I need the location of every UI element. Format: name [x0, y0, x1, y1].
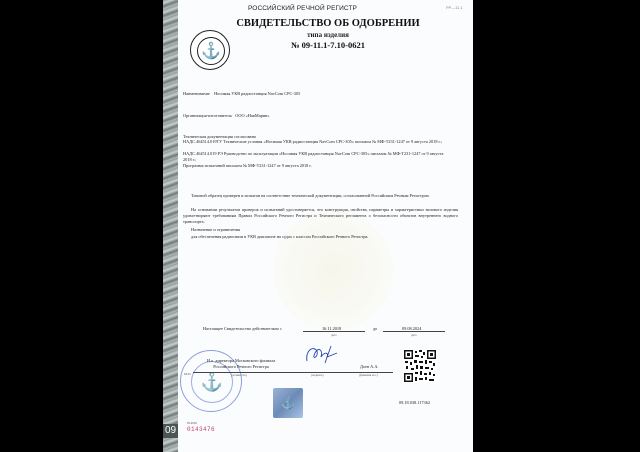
paragraph-inspection: Типовой образец проверен и испытан на со…	[183, 193, 458, 199]
register-seal-logo: ⚓	[190, 30, 230, 70]
hologram-seal: ⚓	[273, 388, 303, 418]
manufacturer-row: Организация-изготовитель ООО «НавМарин»	[183, 113, 270, 118]
tech-doc-item: Программа испытаний письмом № МФ-Т231-12…	[183, 163, 453, 169]
form-code: РР—11.1	[446, 5, 463, 10]
purpose-heading: Назначение и ограничения	[191, 227, 240, 232]
signature	[303, 343, 343, 365]
mp-label: М.П.	[184, 372, 191, 376]
serial-number: 0143476	[187, 426, 215, 433]
certificate-number: № 09-11.1-7.10-0621	[233, 40, 423, 50]
position-caption: (должность)	[231, 373, 247, 377]
watermark	[273, 210, 393, 330]
document-title: СВИДЕТЕЛЬСТВО ОБ ОДОБРЕНИИ	[233, 18, 423, 29]
series-number: 09	[163, 424, 178, 438]
product-name-row: Наименование Носимая УКВ радиостанция Na…	[183, 91, 300, 96]
tech-doc-item: НАДС.464514.019 РЭ Руководство по эксплу…	[183, 151, 453, 163]
manufacturer-value: ООО «НавМарин»	[235, 113, 269, 118]
name-value: Носимая УКВ радиостанция NavCom CPC-305	[214, 91, 300, 96]
purpose-text: для обеспечения радиосвязи в УКВ диапазо…	[191, 234, 368, 239]
document-subtitle: типа изделия	[233, 31, 423, 39]
manufacturer-label: Организация-изготовитель	[183, 113, 232, 118]
valid-to-label: до	[373, 326, 377, 331]
valid-from: 16.11.2018	[322, 326, 341, 331]
valid-to: 09.08.2024	[402, 326, 421, 331]
anchor-icon: ⚓	[197, 37, 225, 65]
qr-id: 09.18.038.117362	[399, 400, 430, 405]
date-caption: дата	[331, 333, 336, 337]
qr-code[interactable]	[403, 349, 437, 383]
certificate-page: 09 ⚓ РОССИЙСКИЙ РЕЧНОЙ РЕГИСТР РР—11.1 С…	[163, 0, 473, 452]
organization-name: РОССИЙСКИЙ РЕЧНОЙ РЕГИСТР	[248, 5, 357, 12]
validity-label: Настоящее Свидетельство действительно с	[203, 326, 282, 331]
name-caption: (фамилия и.о.)	[359, 373, 378, 377]
signatory-name: Доев А.А.	[360, 364, 379, 369]
form-date: 05.2016	[187, 421, 197, 425]
paragraph-compliance: На основании результатов проверок и испы…	[183, 207, 458, 225]
signature-caption: (подпись)	[311, 373, 323, 377]
tech-doc-item: НАДС.464514.019ТУ Технические условия «Н…	[183, 139, 453, 145]
date-caption: дата	[411, 333, 416, 337]
decorative-border	[163, 0, 178, 452]
name-label: Наименование	[183, 91, 210, 96]
